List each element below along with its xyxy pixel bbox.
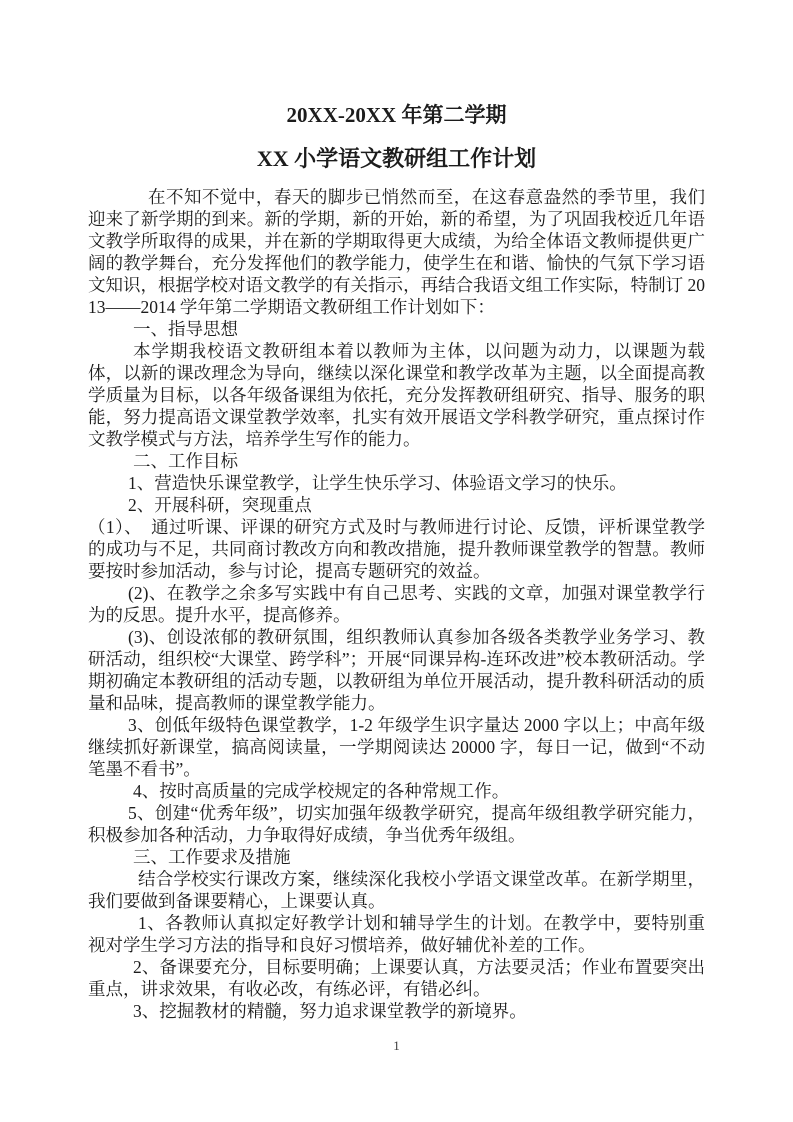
- section2-item2-sub2: (2)、在教学之余多写实践中有自己思考、实践的文章，加强对课堂教学行为的反思。提…: [88, 582, 705, 626]
- section1-heading: 一、指导思想: [88, 318, 705, 340]
- section3-item3: 3、挖掘教材的精髓，努力追求课堂教学的新境界。: [88, 1000, 705, 1022]
- section3-item2: 2、备课要充分，目标要明确；上课要认真，方法要灵活；作业布置要突出重点，讲求效果…: [88, 956, 705, 1000]
- section3-intro: 结合学校实行课改方案，继续深化我校小学语文课堂改革。在新学期里，我们要做到备课要…: [88, 868, 705, 912]
- section2-item2-sub3: (3)、创设浓郁的教研氛围，组织教师认真参加各级各类教学业务学习、教研活动，组织…: [88, 626, 705, 714]
- section2-item1: 1、营造快乐课堂教学，让学生快乐学习、体验语文学习的快乐。: [88, 472, 705, 494]
- section2-item2-sub1: （1）、 通过听课、评课的研究方式及时与教师进行讨论、反馈，评析课堂教学的成功与…: [88, 516, 705, 582]
- doc-title-term: 20XX-20XX 年第二学期: [88, 102, 705, 128]
- section3-heading: 三、工作要求及措施: [88, 846, 705, 868]
- section2-item2: 2、开展科研，突现重点: [88, 494, 705, 516]
- section1-body: 本学期我校语文教研组本着以教师为主体，以问题为动力，以课题为载体，以新的课改理念…: [88, 340, 705, 450]
- intro-paragraph: 在不知不觉中，春天的脚步已悄然而至，在这春意盎然的季节里，我们迎来了新学期的到来…: [88, 186, 705, 318]
- document-page: 20XX-20XX 年第二学期 XX 小学语文教研组工作计划 在不知不觉中，春天…: [0, 0, 793, 1122]
- document-body: 在不知不觉中，春天的脚步已悄然而至，在这春意盎然的季节里，我们迎来了新学期的到来…: [88, 186, 705, 1022]
- section3-item1: 1、各教师认真拟定好教学计划和辅导学生的计划。在教学中，要特别重视对学生学习方法…: [88, 912, 705, 956]
- page-number: 1: [0, 1038, 793, 1054]
- section2-item3: 3、创低年级特色课堂教学，1-2 年级学生识字量达 2000 字以上；中高年级继…: [88, 714, 705, 780]
- section2-heading: 二、工作目标: [88, 450, 705, 472]
- doc-title-main: XX 小学语文教研组工作计划: [88, 146, 705, 172]
- section2-item4: 4、按时高质量的完成学校规定的各种常规工作。: [88, 780, 705, 802]
- section2-item5: 5、创建“优秀年级”，切实加强年级教学研究，提高年级组教学研究能力，积极参加各种…: [88, 802, 705, 846]
